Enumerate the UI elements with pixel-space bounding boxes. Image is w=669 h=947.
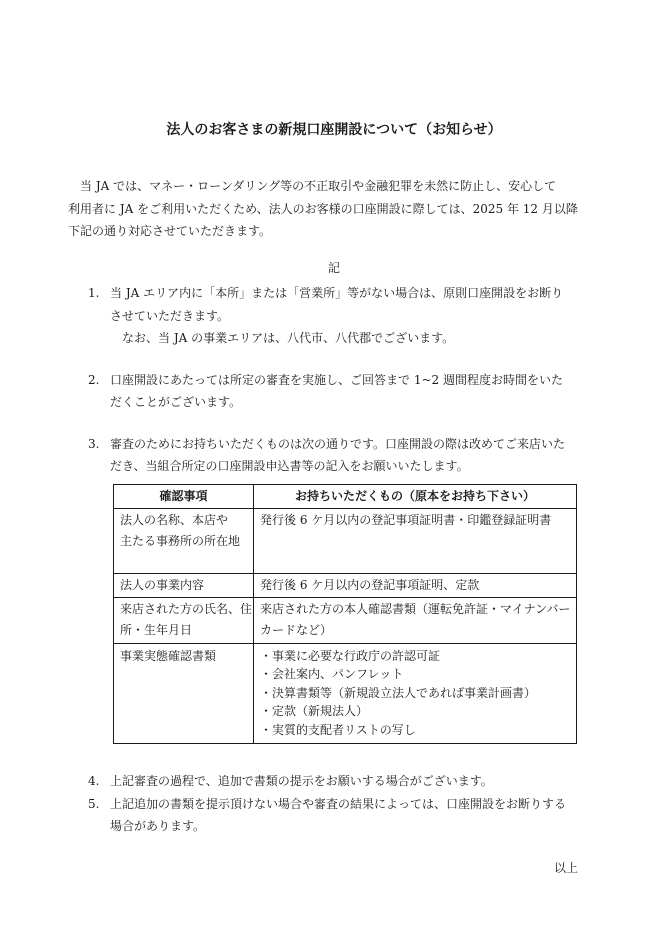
record-heading: 記 [68,257,600,280]
header-confirmation-item: 確認事項 [114,484,254,508]
list-item-3-text: 審査のためにお持ちいただくものは次の通りです。口座開設の際は改めてご来店いただき… [110,433,600,478]
row4-documents-cell: ・事業に必要な行政庁の許認可証・会社案内、パンフレット・決算書類等（新規設立法人… [254,643,577,744]
list-item-4: 4. 上記審査の過程で、追加で書類の提示をお願いする場合がございます。 [88,770,600,793]
row2-documents-cell: 発行後 6 ケ月以内の登記事項証明、定款 [254,573,577,597]
row1-item-cell: 法人の名称、本店や主たる事務所の所在地 [114,508,254,573]
table-row: 法人の事業内容 発行後 6 ケ月以内の登記事項証明、定款 [114,573,577,597]
closing-text: 以上 [68,857,600,880]
table-row: 法人の名称、本店や主たる事務所の所在地 発行後 6 ケ月以内の登記事項証明書・印… [114,508,577,573]
list-item-2-number: 2. [88,369,110,392]
row4-item-cell: 事業実態確認書類 [114,643,254,744]
list-item-1-text: 当 JA エリア内に「本所」または「営業所」等がない場合は、原則口座開設をお断り… [110,282,600,350]
list-item-1-number: 1. [88,282,110,305]
list-item-3: 3. 審査のためにお持ちいただくものは次の通りです。口座開設の際は改めてご来店い… [88,433,600,478]
header-documents-to-bring: お持ちいただくもの（原本をお持ち下さい） [254,484,577,508]
list-item-5: 5. 上記追加の書類を提示頂けない場合や審査の結果によっては、口座開設をお断りす… [88,793,600,838]
list-item-5-text: 上記追加の書類を提示頂けない場合や審査の結果によっては、口座開設をお断りする場合… [110,793,600,838]
intro-paragraph: 当 JA では、マネー・ローンダリング等の不正取引や金融犯罪を未然に防止し、安心… [68,175,600,243]
list-item-4-text: 上記審査の過程で、追加で書類の提示をお願いする場合がございます。 [110,770,600,793]
numbered-list: 1. 当 JA エリア内に「本所」または「営業所」等がない場合は、原則口座開設を… [88,282,600,478]
documents-table: 確認事項 お持ちいただくもの（原本をお持ち下さい） 法人の名称、本店や主たる事務… [113,484,577,745]
row3-item-cell: 来店された方の氏名、住所・生年月日 [114,597,254,643]
row1-documents-cell: 発行後 6 ケ月以内の登記事項証明書・印鑑登録証明書 [254,508,577,573]
list-item-1: 1. 当 JA エリア内に「本所」または「営業所」等がない場合は、原則口座開設を… [88,282,600,350]
row3-documents-cell: 来店された方の本人確認書類（運転免許証・マイナンバーカードなど） [254,597,577,643]
list-item-3-number: 3. [88,433,110,456]
list-item-5-number: 5. [88,793,110,816]
table-header-row: 確認事項 お持ちいただくもの（原本をお持ち下さい） [114,484,577,508]
list-item-4-number: 4. [88,770,110,793]
list-item-2-text: 口座開設にあたっては所定の審査を実施し、ご回答まで 1~2 週間程度お時間をいた… [110,369,600,414]
document-page: 法人のお客さまの新規口座開設について（お知らせ） 当 JA では、マネー・ローン… [0,0,669,947]
page-title: 法人のお客さまの新規口座開設について（お知らせ） [68,122,600,139]
row2-item-cell: 法人の事業内容 [114,573,254,597]
list-item-2: 2. 口座開設にあたっては所定の審査を実施し、ご回答まで 1~2 週間程度お時間… [88,369,600,414]
table-row: 来店された方の氏名、住所・生年月日 来店された方の本人確認書類（運転免許証・マイ… [114,597,577,643]
table-row: 事業実態確認書類 ・事業に必要な行政庁の許認可証・会社案内、パンフレット・決算書… [114,643,577,744]
numbered-list-bottom: 4. 上記審査の過程で、追加で書類の提示をお願いする場合がございます。 5. 上… [88,770,600,838]
